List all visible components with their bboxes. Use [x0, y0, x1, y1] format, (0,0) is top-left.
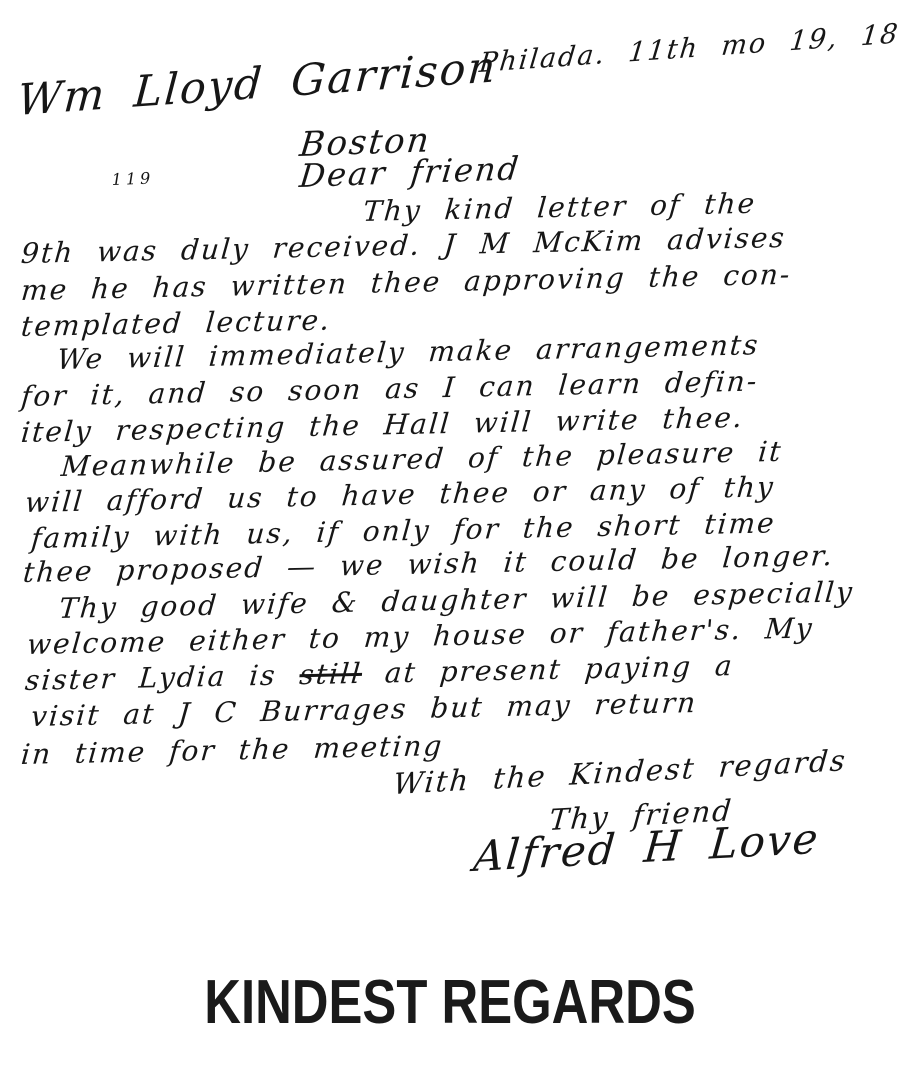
- strikethrough-word: still: [298, 657, 363, 691]
- letter-body-line: Thy kind letter of the: [362, 190, 757, 226]
- recipient-name: Wm Lloyd Garrison: [16, 46, 499, 123]
- letter-body-line: visit at J C Burrages but may return: [30, 689, 698, 731]
- signature: Alfred H Love: [472, 818, 821, 878]
- salutation: Dear friend: [298, 152, 522, 192]
- struck-line-pre: sister Lydia is: [24, 658, 301, 697]
- letter-dateline: Philada. 11th mo 19, 1863: [478, 18, 900, 77]
- closing-line: With the Kindest regards: [392, 746, 848, 799]
- struck-line-post: at present paying a: [361, 649, 735, 690]
- letter-body-line: templated lecture.: [20, 306, 332, 341]
- letter-document-page: Philada. 11th mo 19, 1863 Wm Lloyd Garri…: [0, 0, 900, 1092]
- caption-title: KINDEST REGARDS: [81, 972, 819, 1034]
- letter-body-line: in time for the meeting: [20, 732, 444, 769]
- page-number: 119: [111, 171, 154, 188]
